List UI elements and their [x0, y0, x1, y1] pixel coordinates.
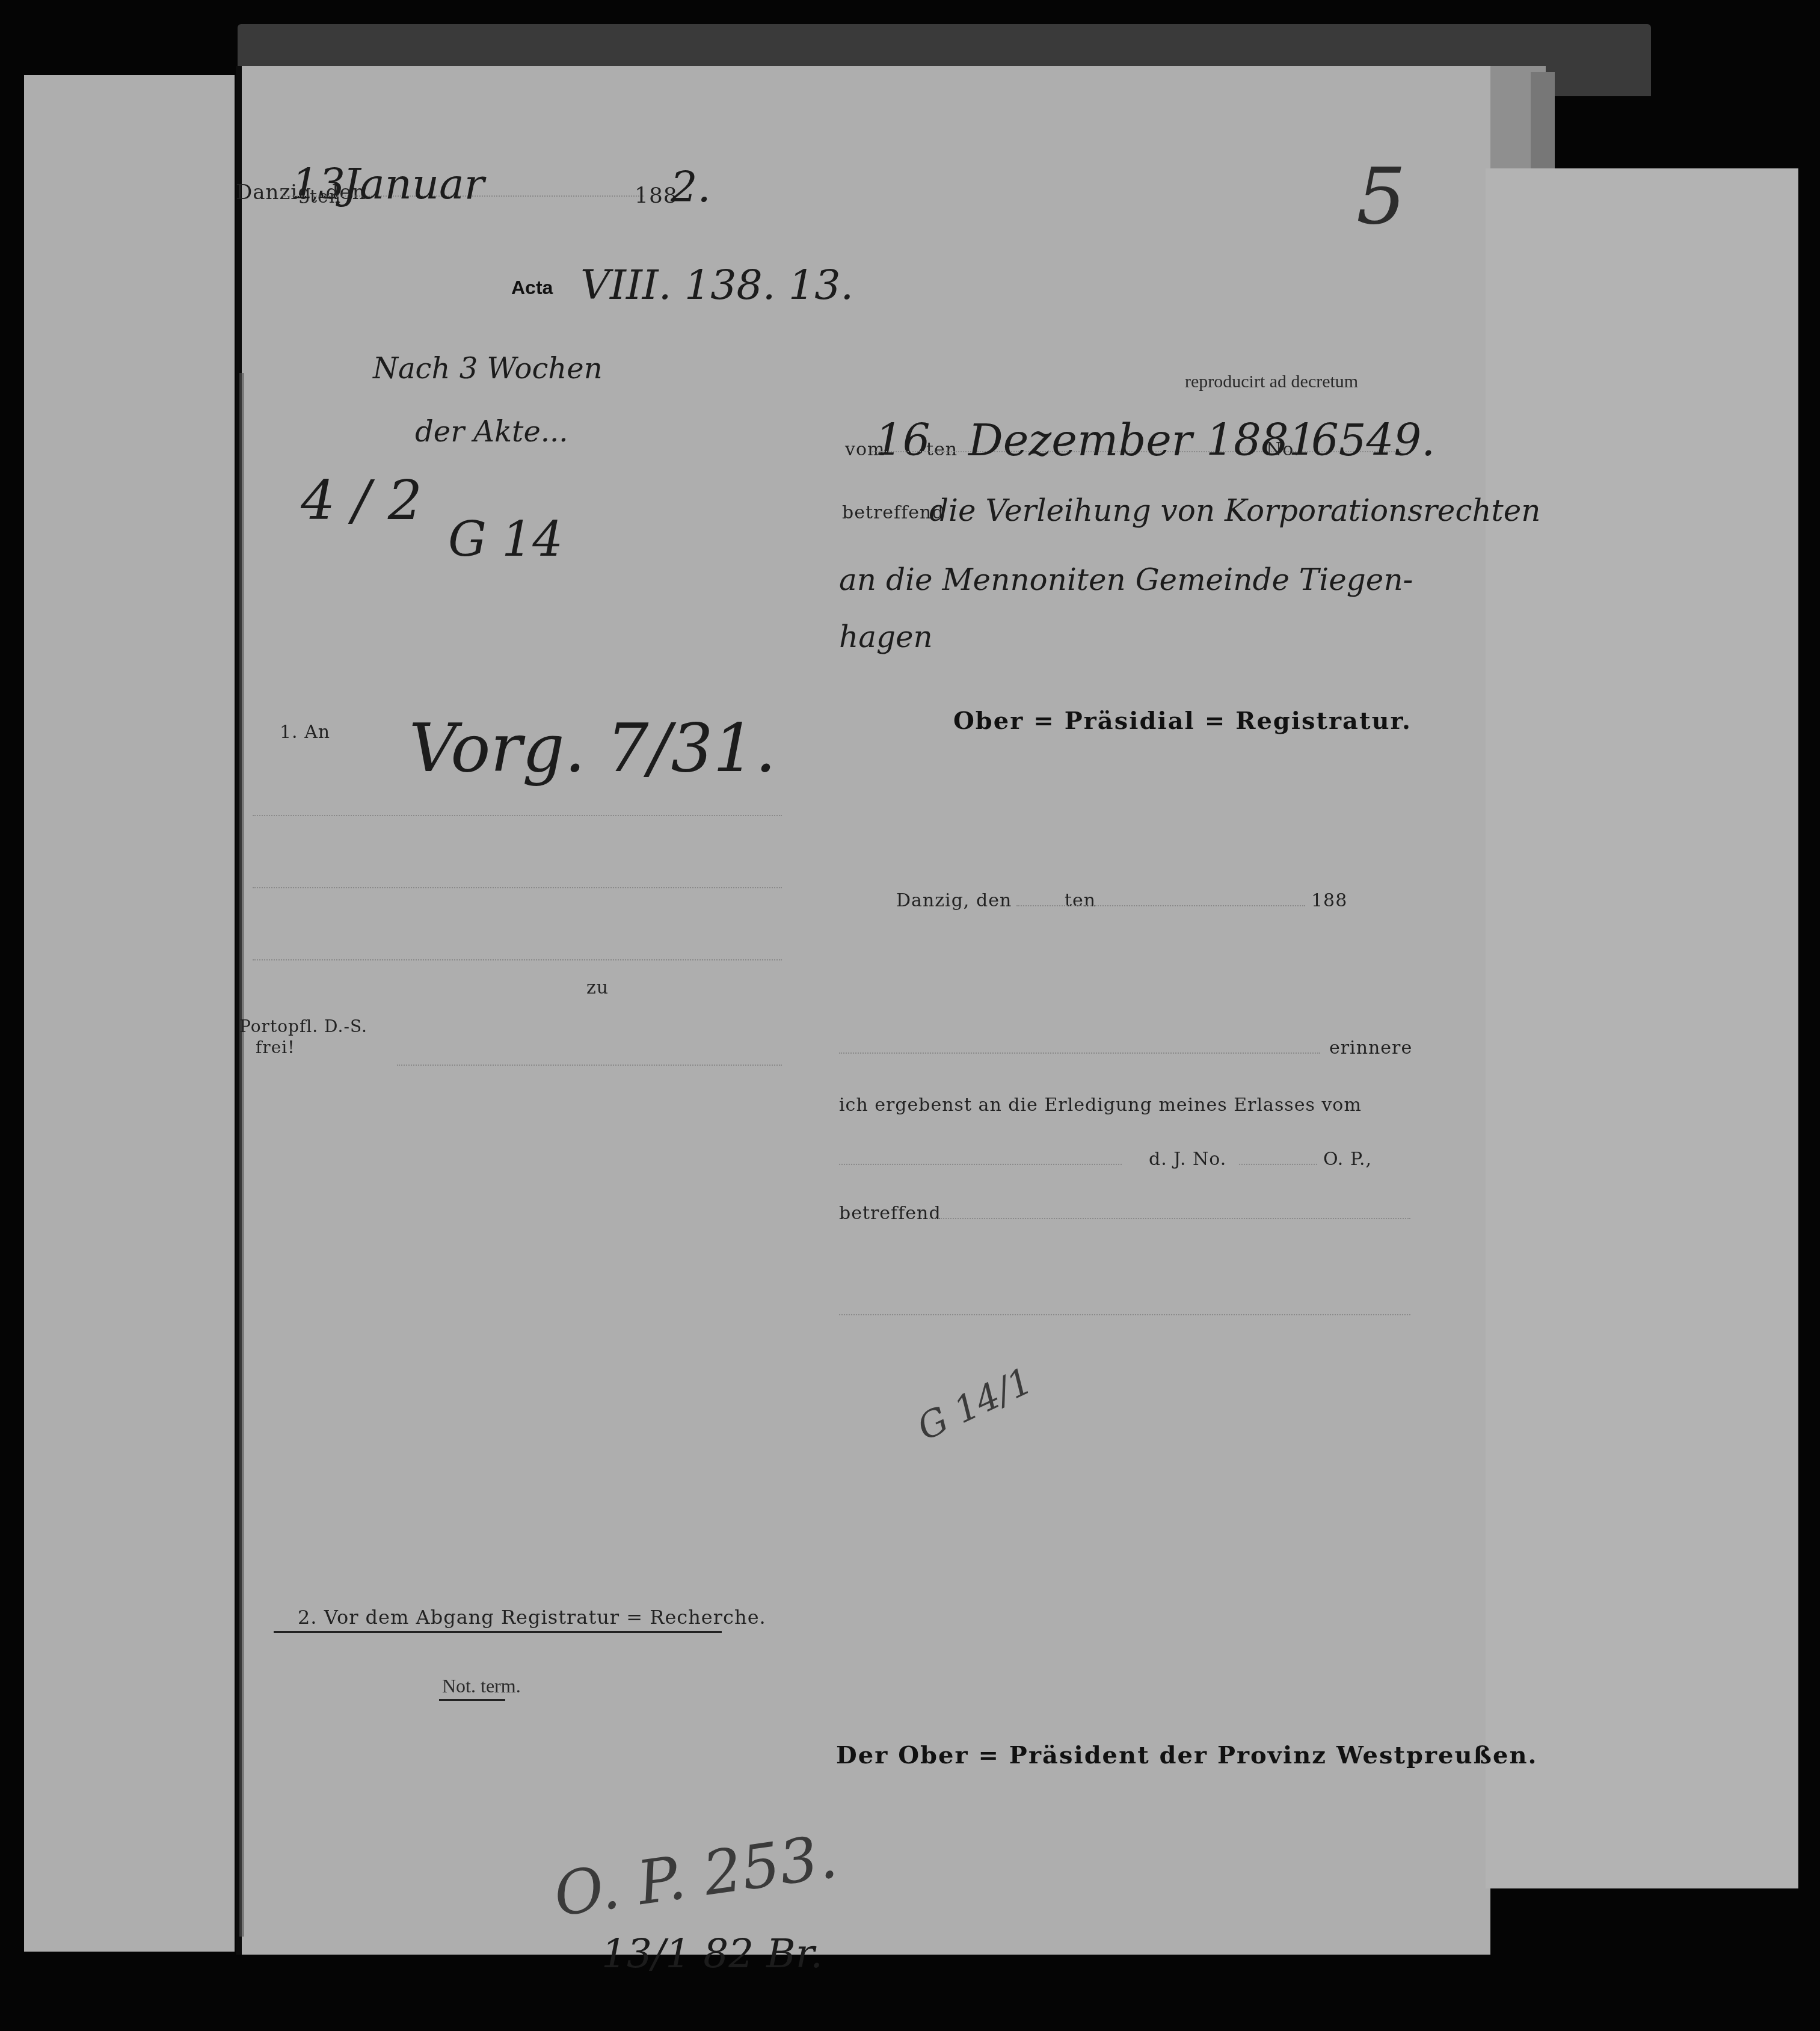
inserted-blank-sheet [1486, 168, 1798, 1888]
form2-erinnere: erinnere [1329, 1037, 1412, 1059]
acta-label: Acta [511, 277, 553, 299]
margin-note-initials: G 14 [448, 511, 563, 567]
header-ten-label: ten [310, 186, 341, 207]
betreffend-line2: an die Mennoniten Gemeinde Tiegen- [839, 562, 1413, 597]
item2-underline [274, 1631, 722, 1633]
item1-label: 1. An [280, 722, 330, 743]
zu-dotted-line [397, 1065, 782, 1066]
form2-year-printed: 188 [1311, 890, 1347, 911]
margin-note-line1: Nach 3 Wochen [373, 352, 603, 386]
reproducirt-month-year: Dezember 1881 [968, 415, 1316, 466]
reproducirt-label: reproducirt ad decretum [1185, 372, 1358, 392]
signature-line: Der Ober = Präsident der Provinz Westpre… [836, 1741, 1537, 1769]
reproducirt-ten-label: ten [926, 439, 958, 460]
form2-betreffend: betreffend [839, 1203, 941, 1224]
betreffend-line1: die Verleihung von Korporationsrechten [929, 493, 1540, 528]
item1-handwritten: Vorg. 7/31. [409, 710, 776, 787]
not-term-underline [439, 1699, 505, 1701]
acta-number: VIII. 138. 13. [580, 262, 853, 309]
item2-label: 2. Vor dem Abgang Registratur = Recherch… [298, 1606, 766, 1629]
betreffend-line3: hagen [839, 619, 933, 654]
header-year-handwritten: 2. [671, 162, 711, 212]
reproducirt-day: 16 [875, 415, 930, 466]
form2-ten-label: ten [1065, 890, 1096, 911]
item1-dotted-line-2 [253, 887, 782, 888]
reproducirt-no-label: No. [1266, 439, 1300, 460]
erinnere-dotted-line [839, 1052, 1320, 1054]
footer-date-initials: 13/1 82 Br. [601, 1931, 823, 1977]
item1-dotted-line-3 [253, 959, 782, 960]
not-term: Not. term. [442, 1675, 521, 1697]
item1-dotted-line-1 [253, 815, 782, 816]
betreffend2-dotted-line-2 [839, 1314, 1410, 1315]
margin-note-mark-ref: 4 / 2 [301, 469, 422, 532]
form2-body-line: ich ergebenst an die Erledigung meines E… [839, 1095, 1362, 1116]
form2-date-dotted-line [1016, 905, 1305, 906]
registry-heading: Ober = Präsidial = Registratur. [953, 707, 1412, 735]
postage-line1: Portopfl. D.-S. [239, 1016, 367, 1036]
form2-dj-no: d. J. No. [1149, 1149, 1226, 1170]
no-dotted-line [1239, 1164, 1317, 1165]
margin-note-line2: der Akte... [415, 415, 568, 449]
page-fold-shadow [239, 373, 244, 1937]
form2-place-date: Danzig, den [896, 890, 1012, 911]
vom-dotted-line [839, 1164, 1122, 1165]
page-number: 5 [1356, 150, 1406, 242]
left-facing-page [24, 75, 235, 1952]
form2-op: O. P., [1323, 1149, 1372, 1170]
postage-line2: frei! [256, 1037, 295, 1057]
header-month: Januar [343, 159, 484, 209]
reproducirt-number: 6549. [1311, 415, 1435, 466]
betreffend2-dotted-line-1 [929, 1218, 1410, 1219]
form2-zu-label: zu [586, 977, 609, 998]
main-form-page [239, 66, 1490, 1955]
